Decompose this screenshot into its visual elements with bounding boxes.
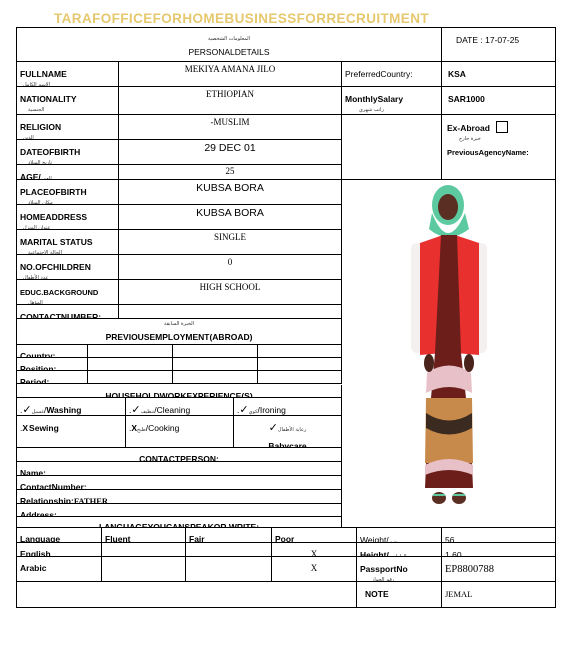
previous-agency-label: PreviousAgencyName: (447, 148, 529, 157)
ex-abroad-label: Ex-Abroad (447, 123, 490, 133)
field-value-cell[interactable]: KUBSA BORA (119, 180, 342, 205)
field-label-cell: EDUC.BACKGROUNDالمؤهل (16, 280, 119, 305)
previous-employment-header: الخبرة السابقة PREVIOUSEMPLOYMENT(ABROAD… (16, 319, 342, 345)
contact-person-title: CONTACTPERSON: (139, 454, 219, 462)
date-cell: DATE : 17-07-25 (442, 27, 556, 62)
lang-name-cell: English (16, 543, 102, 557)
note-label: NOTE (365, 589, 389, 599)
field-value-cell[interactable]: KUBSA BORA (119, 205, 342, 230)
personal-details-title: PERSONALDETAILS (188, 47, 269, 57)
field-label-ar: الجنسية (28, 107, 115, 113)
field-label-cell: NO.OFCHILDRENعدد الأطفال (16, 255, 119, 280)
skill-ar: طبخ (137, 427, 146, 433)
prev-emp-label-cell: Period: (16, 371, 88, 384)
household-skill-ironing[interactable]: .✓كوي/Ironing (234, 398, 342, 416)
lang-header: Poor (275, 534, 294, 543)
prev-emp-value-cell[interactable] (88, 345, 173, 358)
prev-emp-value-cell[interactable] (88, 371, 173, 384)
monthly-salary-cell: SAR1000 (442, 87, 556, 115)
ex-abroad-checkbox[interactable] (496, 121, 508, 133)
contact-address-row[interactable]: Address: (16, 504, 342, 517)
weight-label: Weight/ (360, 535, 389, 543)
skill-ar: غسيل (32, 409, 44, 415)
prev-emp-value-cell[interactable] (88, 358, 173, 371)
prev-emp-value-cell[interactable] (173, 345, 258, 358)
skill-ar: تنظيف (141, 409, 155, 415)
field-label-cell: RELIGIONالدين (16, 115, 119, 140)
household-skill-cleaning[interactable]: .✓تنظيف/Cleaning (126, 398, 234, 416)
household-skill-sewing[interactable]: .XSewing (16, 416, 126, 448)
note-label-cell: NOTE (357, 582, 442, 608)
field-value: -MUSLIM (122, 117, 338, 127)
passport-label-cell: PassportNo رقم الجواز (357, 557, 442, 582)
household-title: HOUSEHOLDWORKEXPERIENCE(S) (105, 391, 252, 398)
personal-details-header: المعلومات الشخصية PERSONALDETAILS (16, 27, 442, 62)
weight-label-cell: Weight/وزن (357, 528, 442, 543)
monthly-salary-value: SAR1000 (448, 94, 485, 104)
field-label: AGE/ (20, 172, 41, 180)
preferred-country-label-cell: PreferredCountry: (342, 62, 442, 87)
field-value: KUBSA BORA (122, 182, 338, 194)
prev-emp-value-cell[interactable] (173, 358, 258, 371)
contact-name-row[interactable]: Name: (16, 462, 342, 476)
lang-level-cell[interactable]: X (272, 557, 357, 582)
lang-name: Arabic (20, 563, 46, 573)
check-mark-icon: ✓ (131, 404, 140, 416)
lang-header: Fluent (105, 534, 131, 543)
languages-header: LANGUAGEYOUCANSPEAKOR WRITE: (16, 517, 342, 528)
household-skill-cooking[interactable]: .Xطبخ/Cooking (126, 416, 234, 448)
check-mark-icon: ✓ (22, 404, 31, 416)
weight-value: 56 (445, 535, 454, 543)
field-label-cell: NATIONALITYالجنسية (16, 87, 119, 115)
contact-number-label: ContactNumber: (20, 482, 87, 490)
prev-emp-label: Period: (20, 377, 49, 384)
height-value: 1.60 (445, 550, 462, 557)
prev-emp-value-cell[interactable] (258, 371, 342, 384)
skill-label: Sewing (29, 423, 59, 433)
height-label: Height/ (360, 550, 389, 557)
field-label-cell: AGE/العمر (16, 165, 119, 180)
relationship-value: FATHER (74, 496, 108, 504)
height-cell: 1.60 (442, 543, 556, 557)
relationship-label: Relationship: (20, 496, 74, 504)
field-label: FULLNAME (20, 69, 67, 79)
lang-level-cell[interactable] (102, 557, 186, 582)
field-value: KUBSA BORA (122, 207, 338, 219)
lang-name: English (20, 549, 51, 557)
prev-emp-value-cell[interactable] (258, 358, 342, 371)
field-value-cell[interactable]: MEKIYA AMANA JILO (119, 62, 342, 87)
agency-banner: TARAFOFFICEFORHOMEBUSINESSFORRECRUITMENT (54, 11, 429, 26)
prev-emp-value-cell[interactable] (173, 371, 258, 384)
field-label: CONTACTNUMBER: (20, 312, 101, 319)
previous-employment-ar: الخبرة السابقة (20, 321, 338, 327)
ex-abroad-cell: Ex-Abroad خبرة خارج PreviousAgencyName: (442, 115, 556, 180)
bottom-blank-cell (16, 582, 357, 608)
check-mark-icon: ✓ (239, 404, 248, 416)
contact-relationship-row[interactable]: Relationship:FATHER (16, 490, 342, 504)
field-label: HOMEADDRESS (20, 212, 87, 222)
field-value-cell[interactable]: 29 DEC 01 (119, 140, 342, 165)
prev-emp-label-cell: Country: (16, 345, 88, 358)
lang-name-cell: Arabic (16, 557, 102, 582)
field-label-cell: FULLNAMEالاسم الكامل (16, 62, 119, 87)
skill-ar: رعاية الأطفال (278, 427, 307, 433)
field-value-cell[interactable]: 25 (119, 165, 342, 180)
passport-cell: EP8800788 (442, 557, 556, 582)
personal-details-ar: المعلومات الشخصية (20, 36, 438, 42)
right-blank-cell (342, 115, 442, 180)
prev-emp-label: Position: (20, 364, 56, 371)
field-label-cell: CONTACTNUMBER: (16, 305, 119, 319)
skill-label: Ironing (260, 405, 286, 415)
field-label-cell: PLACEOFBIRTHمكان الميلاد (16, 180, 119, 205)
skill-label: Cooking (148, 423, 179, 433)
skill-label: Washing (46, 405, 81, 415)
lang-level-cell[interactable] (186, 543, 272, 557)
field-label: EDUC.BACKGROUND (20, 288, 98, 297)
lang-header-cell: Poor (272, 528, 357, 543)
field-value: 25 (122, 166, 338, 176)
prev-emp-label-cell: Position: (16, 358, 88, 371)
passport-label: PassportNo (360, 564, 408, 574)
lang-level-mark: X (311, 549, 318, 557)
preferred-country-cell: KSA (442, 62, 556, 87)
lang-header-cell: Fair (186, 528, 272, 543)
note-value: JEMAL (445, 589, 472, 599)
lang-level-cell[interactable] (186, 557, 272, 582)
contact-person-header: CONTACTPERSON: (16, 448, 342, 462)
monthly-salary-label-cell: MonthlySalary راتب شهري (342, 87, 442, 115)
check-mark-icon: ✓ (269, 422, 278, 434)
household-header: HOUSEHOLDWORKEXPERIENCE(S) (16, 385, 342, 398)
height-label-cell: Height/ الطول (357, 543, 442, 557)
field-label: NATIONALITY (20, 94, 77, 104)
note-cell: JEMAL (442, 582, 556, 608)
lang-level-cell[interactable] (102, 543, 186, 557)
lang-header: Language (20, 534, 60, 543)
preferred-country-value: KSA (448, 69, 466, 79)
field-value: ETHIOPIAN (122, 89, 338, 99)
contact-number-row[interactable]: ContactNumber: (16, 476, 342, 490)
cross-mark-icon: X (22, 423, 28, 433)
field-label-cell: HOMEADDRESSعنوان المنزل (16, 205, 119, 230)
previous-employment-title: PREVIOUSEMPLOYMENT(ABROAD) (106, 332, 253, 342)
form-date: DATE : 17-07-25 (456, 35, 519, 45)
field-value: HIGH SCHOOL (122, 282, 338, 292)
household-skill-washing[interactable]: .✓غسيل/Washing (16, 398, 126, 416)
passport-value: EP8800788 (445, 564, 494, 575)
lang-header: Fair (189, 534, 205, 543)
monthly-salary-ar: راتب شهري (359, 107, 438, 113)
field-label: RELIGION (20, 122, 61, 132)
prev-emp-label: Country: (20, 351, 55, 358)
field-label: NO.OFCHILDREN (20, 262, 91, 272)
field-value-cell[interactable]: -MUSLIM (119, 115, 342, 140)
lang-header-cell: Language (16, 528, 102, 543)
contact-name-label: Name: (20, 468, 46, 476)
field-label: MARITAL STATUS (20, 237, 93, 247)
field-label-cell: MARITAL STATUSالحالة الاجتماعية (16, 230, 119, 255)
field-value: 29 DEC 01 (122, 142, 338, 154)
lang-header-cell: Fluent (102, 528, 186, 543)
lang-level-mark: X (311, 563, 318, 573)
field-value-cell[interactable]: SINGLE (119, 230, 342, 255)
field-value-cell[interactable]: ETHIOPIAN (119, 87, 342, 115)
field-label: DATEOFBIRTH (20, 147, 80, 157)
field-value: 0 (122, 257, 338, 267)
monthly-salary-label: MonthlySalary (345, 94, 403, 104)
field-value-cell[interactable]: 0 (119, 255, 342, 280)
preferred-country-label: PreferredCountry: (345, 69, 413, 79)
skill-label: Babycare (268, 441, 306, 448)
field-value: SINGLE (122, 232, 338, 242)
address-label: Address: (20, 510, 57, 517)
household-skill-babycare[interactable]: ✓رعاية الأطفالBabycare (234, 416, 342, 448)
prev-emp-value-cell[interactable] (258, 345, 342, 358)
field-label: PLACEOFBIRTH (20, 187, 87, 197)
field-label-cell: DATEOFBIRTHتاريخ الميلاد (16, 140, 119, 165)
field-value-cell[interactable]: HIGH SCHOOL (119, 280, 342, 305)
lang-level-cell[interactable]: X (272, 543, 357, 557)
skill-label: Cleaning (157, 405, 191, 415)
field-value-cell[interactable] (119, 305, 342, 319)
applicant-photo (403, 183, 496, 515)
weight-cell: 56 (442, 528, 556, 543)
ex-abroad-ar: خبرة خارج (459, 136, 552, 142)
field-value: MEKIYA AMANA JILO (122, 64, 338, 74)
